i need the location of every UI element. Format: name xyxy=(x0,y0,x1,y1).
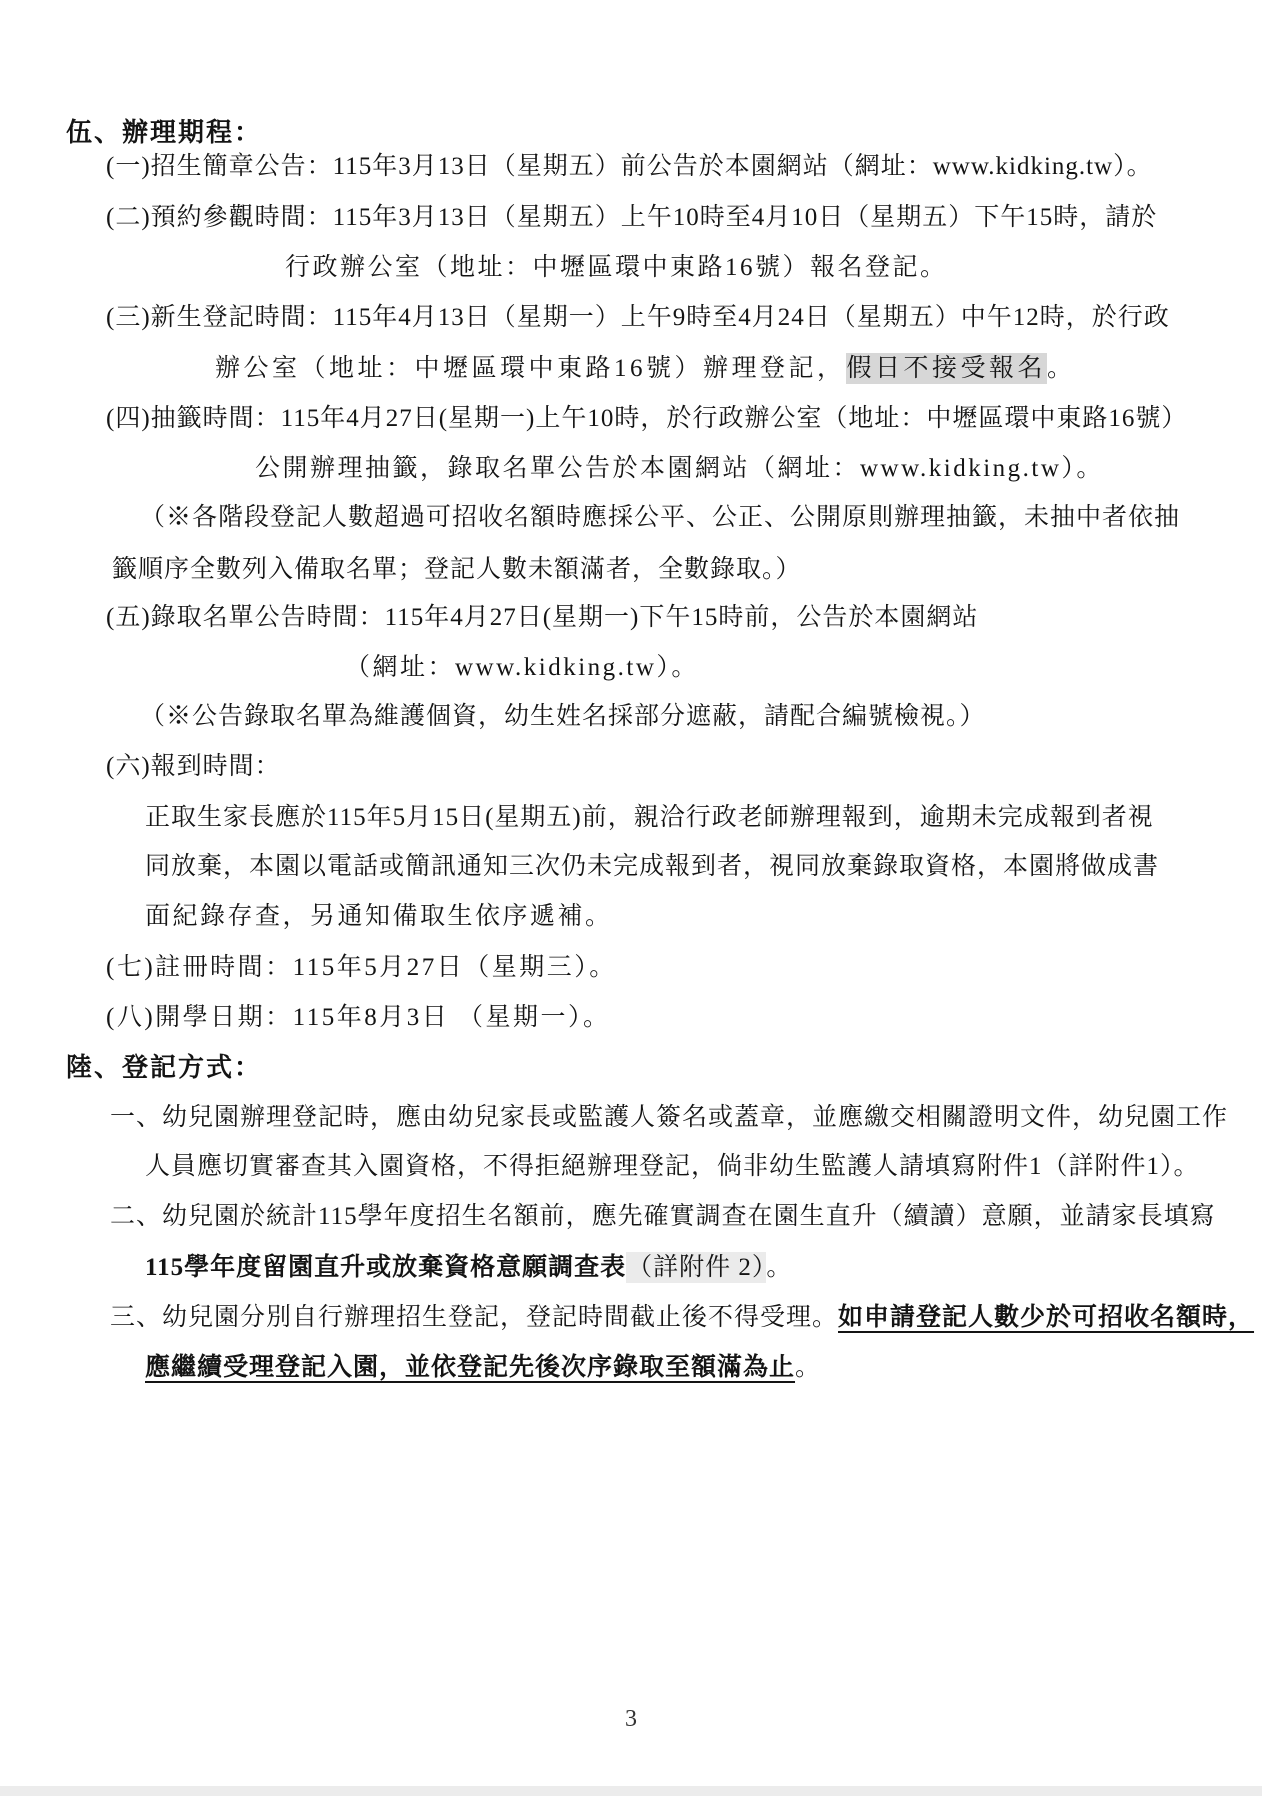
attachment-2-highlight: （詳附件 2） xyxy=(626,1252,766,1283)
item-3-registration-line2-period: 。 xyxy=(1047,355,1076,382)
document-page: 伍、辦理期程： (一)招生簡章公告：115年3月13日（星期五）前公告於本園網站… xyxy=(0,0,1262,1796)
method-2-line1: 二、幼兒園於統計115學年度招生名額前，應先確實調查在園生直升（續讀）意願，並請… xyxy=(110,1200,1216,1234)
method-1-line1: 一、幼兒園辦理登記時，應由幼兒家長或監護人簽名或蓋章，並應繳交相關證明文件，幼兒… xyxy=(110,1101,1228,1135)
item-6-checkin-line3: 面紀錄存查，另通知備取生依序遞補。 xyxy=(145,900,613,934)
item-3-registration-line1: (三)新生登記時間：115年4月13日（星期一）上午9時至4月24日（星期五）中… xyxy=(106,301,1170,335)
method-2-line2-period: 。 xyxy=(766,1254,792,1281)
survey-form-title: 115學年度留園直升或放棄資格意願調查表 xyxy=(145,1254,626,1281)
item-2-visit-time-line2: 行政辦公室（地址：中壢區環中東路16號）報名登記。 xyxy=(285,251,948,285)
item-5-admission-list-line2: （網址：www.kidking.tw）。 xyxy=(345,651,699,685)
section-5-heading: 伍、辦理期程： xyxy=(66,116,262,150)
method-3-line2-period: 。 xyxy=(795,1354,821,1381)
holiday-no-registration-highlight: 假日不接受報名 xyxy=(846,353,1048,384)
item-3-registration-line2-text: 辦公室（地址：中壢區環中東路16號）辦理登記， xyxy=(215,355,846,382)
item-6-checkin-line1: 正取生家長應於115年5月15日(星期五)前，親洽行政老師辦理報到，逾期未完成報… xyxy=(145,801,1154,835)
item-6-checkin-heading: (六)報到時間： xyxy=(106,750,281,784)
method-2-line2: 115學年度留園直升或放棄資格意願調查表（詳附件 2）。 xyxy=(145,1251,792,1285)
item-4-lottery-line2: 公開辦理抽籤，錄取名單公告於本園網站（網址：www.kidking.tw）。 xyxy=(255,452,1104,486)
item-4-note-line2: 籤順序全數列入備取名單；登記人數未額滿者，全數錄取。） xyxy=(112,553,802,587)
method-3-line2-emphasis: 應繼續受理登記入園，並依登記先後次序錄取至額滿為止 xyxy=(145,1354,795,1381)
section-6-heading: 陸、登記方式： xyxy=(66,1051,262,1085)
item-7-enrollment-date: (七)註冊時間：115年5月27日（星期三）。 xyxy=(106,951,617,985)
item-5-admission-list-line1: (五)錄取名單公告時間：115年4月27日(星期一)下午15時前，公告於本園網站 xyxy=(106,601,978,635)
item-4-lottery-line1: (四)抽籤時間：115年4月27日(星期一)上午10時，於行政辦公室（地址：中壢… xyxy=(106,402,1187,436)
page-number: 3 xyxy=(0,1706,1262,1733)
item-5-note: （※公告錄取名單為維護個資，幼生姓名採部分遮蔽，請配合編號檢視。） xyxy=(140,700,986,734)
item-8-school-start-date: (八)開學日期：115年8月3日 （星期一）。 xyxy=(106,1001,610,1035)
method-3-line2: 應繼續受理登記入園，並依登記先後次序錄取至額滿為止。 xyxy=(145,1351,821,1385)
method-1-line2: 人員應切實審查其入園資格，不得拒絕辦理登記，倘非幼生監護人請填寫附件1（詳附件1… xyxy=(145,1150,1200,1184)
item-6-checkin-line2: 同放棄，本園以電話或簡訊通知三次仍未完成報到者，視同放棄錄取資格，本園將做成書 xyxy=(145,850,1159,884)
method-3-line1: 三、幼兒園分別自行辦理招生登記，登記時間截止後不得受理。如申請登記人數少於可招收… xyxy=(110,1301,1254,1335)
method-3-line1-text: 三、幼兒園分別自行辦理招生登記，登記時間截止後不得受理。 xyxy=(110,1304,838,1331)
item-4-note-line1: （※各階段登記人數超過可招收名額時應採公平、公正、公開原則辦理抽籤，未抽中者依抽 xyxy=(140,501,1180,535)
item-1-announcement: (一)招生簡章公告：115年3月13日（星期五）前公告於本園網站（網址：www.… xyxy=(106,150,1153,184)
method-3-line1-emphasis: 如申請登記人數少於可招收名額時， xyxy=(838,1304,1254,1331)
footer-bar xyxy=(0,1786,1262,1796)
item-2-visit-time-line1: (二)預約參觀時間：115年3月13日（星期五）上午10時至4月10日（星期五）… xyxy=(106,201,1157,235)
item-3-registration-line2: 辦公室（地址：中壢區環中東路16號）辦理登記，假日不接受報名。 xyxy=(215,352,1076,386)
